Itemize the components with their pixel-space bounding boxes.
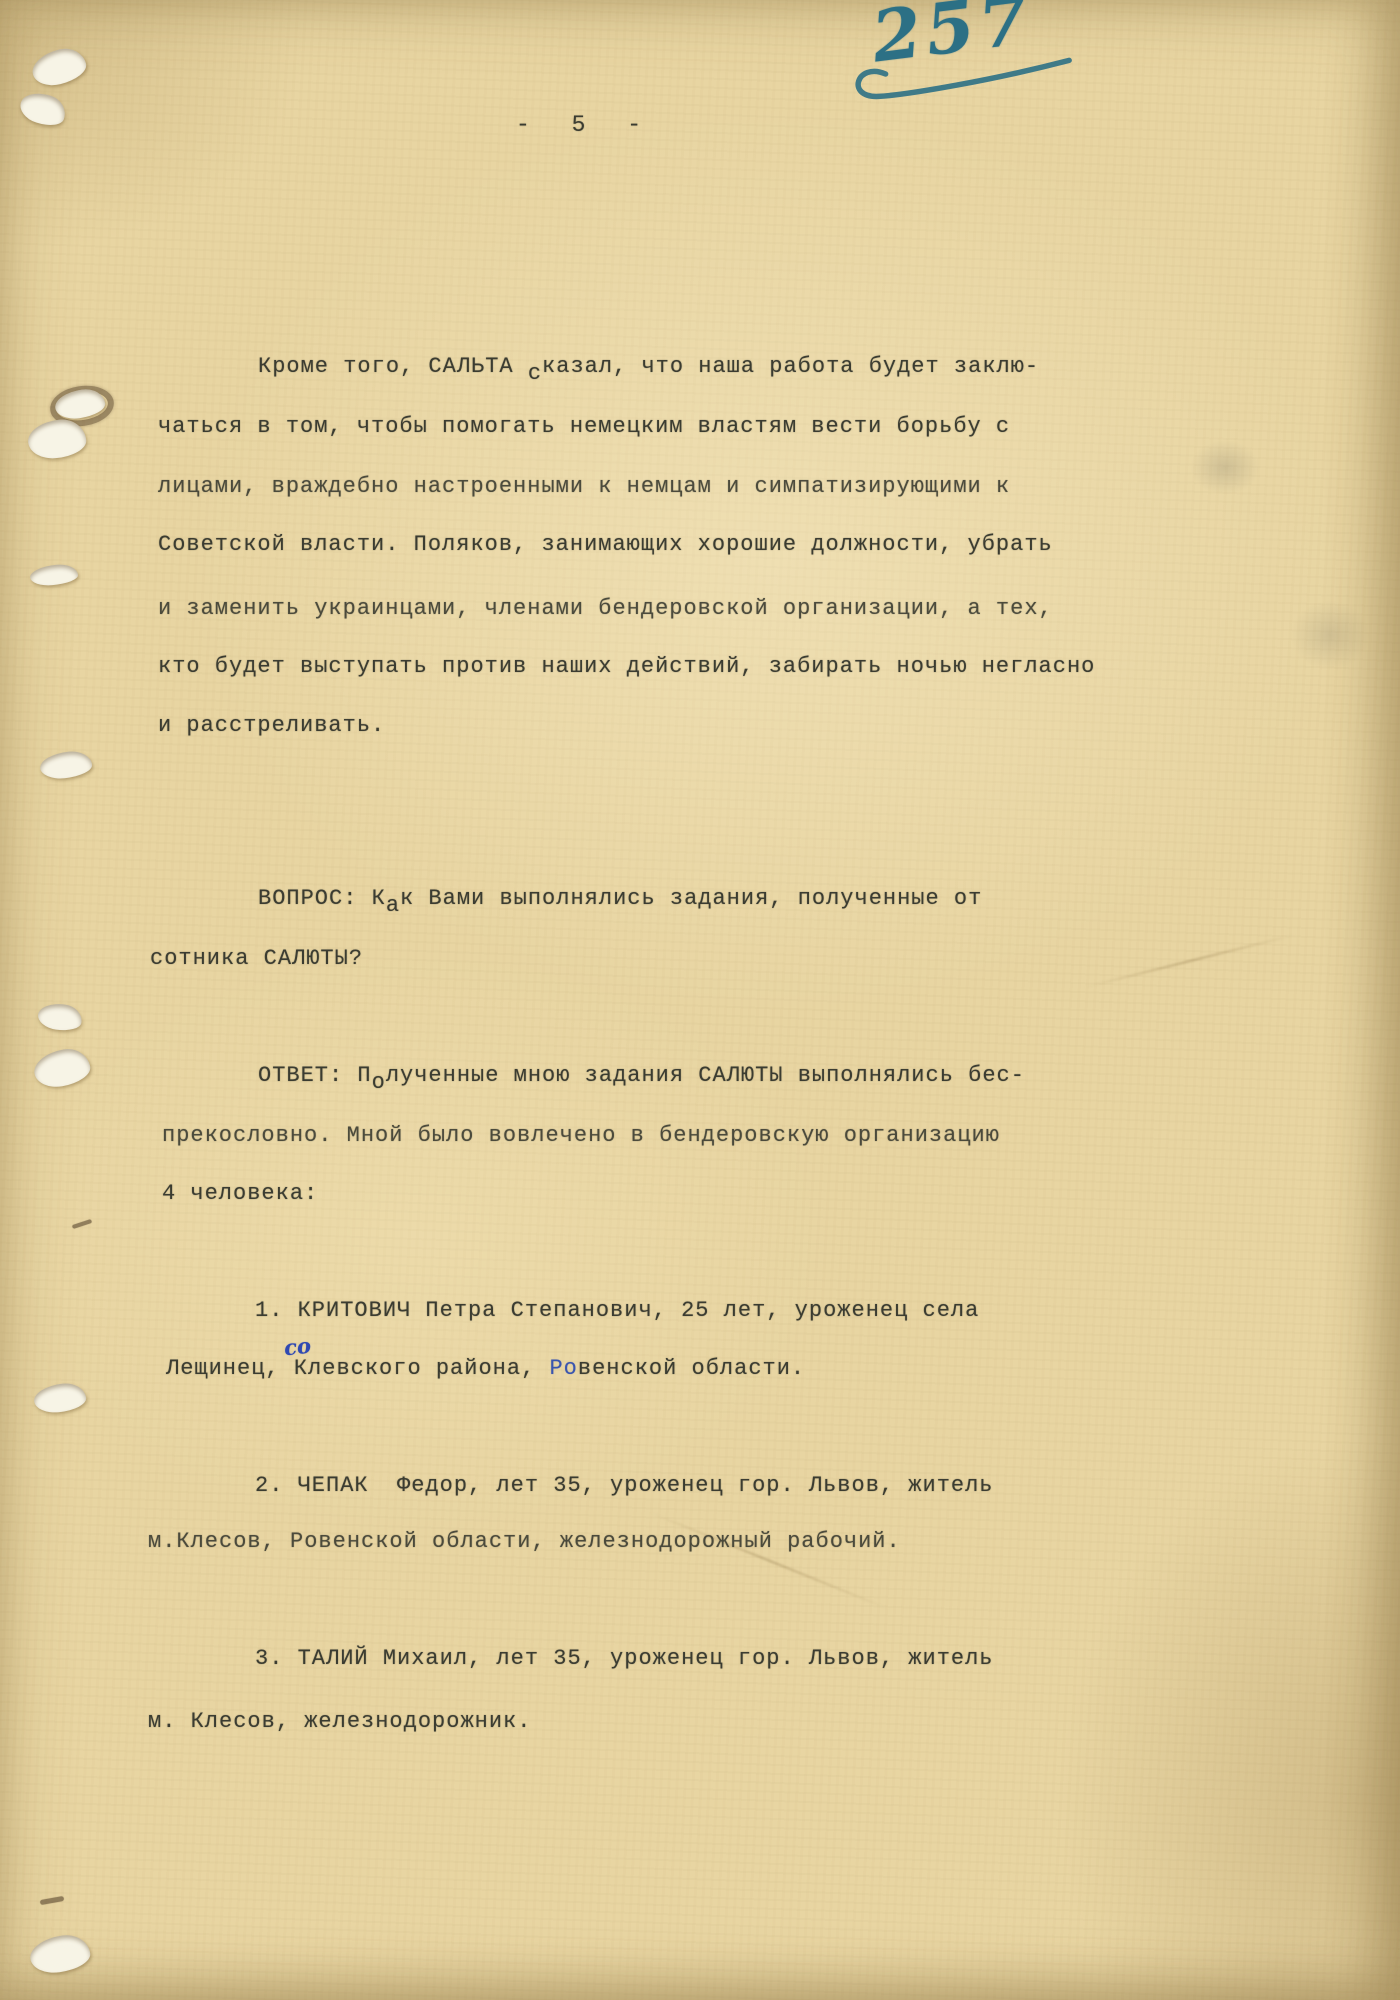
stain <box>1190 440 1260 495</box>
punch-hole <box>29 563 79 587</box>
typed-text-segment: лученные мною задания САЛЮТЫ выполнялись… <box>386 1063 1025 1088</box>
handwritten-underline-stroke <box>841 44 1084 116</box>
typed-line: Советской власти. Поляков, занимающих хо… <box>158 532 1053 557</box>
punch-hole <box>16 88 69 131</box>
typed-line-list-item: м.Клесов, Ровенской области, железнодоро… <box>148 1529 901 1554</box>
punch-hole <box>39 749 93 780</box>
punch-hole <box>33 1381 88 1414</box>
typed-text-segment: Кроме того, САЛЬТА <box>258 354 528 379</box>
crease <box>1083 933 1297 988</box>
typed-line-list-item: м. Клесов, железнодорожник. <box>148 1709 531 1734</box>
ink-speck <box>72 1219 92 1229</box>
typed-text-segment: с <box>528 361 542 386</box>
punch-hole <box>31 1045 92 1090</box>
punch-hole <box>36 1001 83 1033</box>
typed-text-segment: о <box>372 1070 386 1095</box>
typed-line-question: сотника САЛЮТЫ? <box>150 946 363 971</box>
typed-text-segment: ВОПРОС: К <box>258 886 386 911</box>
typed-line: кто будет выступать против наших действи… <box>158 654 1095 679</box>
typed-line-answer: 4 человека: <box>162 1181 318 1206</box>
typed-line: и расстреливать. <box>158 713 385 738</box>
typed-line-list-item: 2. ЧЕПАК Федор, лет 35, уроженец гор. Ль… <box>255 1473 994 1498</box>
typed-line: Кроме того, САЛЬТА сказал, что наша рабо… <box>258 354 1039 379</box>
typed-text-segment: венской области. <box>578 1356 805 1381</box>
typed-text-segment: к Вами выполнялись задания, полученные о… <box>400 886 982 911</box>
typed-line-list-item: 1. КРИТОВИЧ Петра Степанович, 25 лет, ур… <box>255 1298 979 1323</box>
typed-text-segment: а <box>386 893 400 918</box>
typed-text-segment: Лещинец, Кле <box>166 1356 336 1381</box>
typed-line-answer: ОТВЕТ: Полученные мною задания САЛЮТЫ вы… <box>258 1063 1025 1088</box>
typed-line: и заменить украинцами, членами бендеровс… <box>158 596 1053 621</box>
typed-line-list-item: Лещинец, Клевского района, Ровенской обл… <box>166 1356 805 1381</box>
typed-line: лицами, враждебно настроенными к немцам … <box>158 474 1010 499</box>
typed-line-list-item: 3. ТАЛИЙ Михаил, лет 35, уроженец гор. Л… <box>255 1646 994 1671</box>
typed-page-number: - 5 - <box>516 112 655 138</box>
typed-line-question: ВОПРОС: Как Вами выполнялись задания, по… <box>258 886 982 911</box>
pen-overwritten-text: Ро <box>549 1356 577 1381</box>
punch-hole <box>29 44 90 90</box>
typed-text-segment: казал, что наша работа будет заклю- <box>542 354 1039 379</box>
typed-line-answer: прекословно. Мной было вовлечено в бенде… <box>162 1123 1000 1148</box>
ink-speck <box>40 1896 65 1905</box>
punch-hole <box>28 1932 92 1976</box>
stain <box>1290 600 1370 670</box>
typed-line: чаться в том, чтобы помогать немецким вл… <box>158 414 1010 439</box>
handwritten-insertion: со <box>283 1333 312 1361</box>
typed-text-segment: ОТВЕТ: П <box>258 1063 372 1088</box>
typed-text-segment: вского района, <box>336 1356 549 1381</box>
scanned-document-page: 257 - 5 - Кроме того, САЛЬТА сказал, что… <box>0 0 1400 2000</box>
crease <box>649 1511 891 1610</box>
